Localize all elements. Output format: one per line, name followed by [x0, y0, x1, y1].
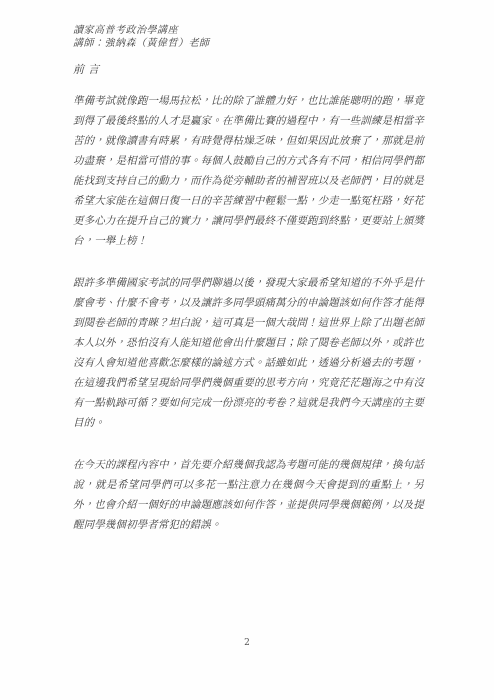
- document-header: 讀家高普考政治學講座 講師：強納森（黃偉哲）老師: [73, 24, 424, 50]
- page-number: 2: [0, 638, 494, 648]
- paragraph: 準備考試就像跑一場馬拉松，比的除了誰體力好，也比誰能聰明的跑，畢竟到得了最後終點…: [73, 91, 424, 251]
- document-content: 讀家高普考政治學講座 講師：強納森（黃偉哲）老師 前言 準備考試就像跑一場馬拉松…: [73, 24, 424, 535]
- course-title: 讀家高普考政治學講座: [73, 24, 424, 37]
- paragraph: 在今天的課程內容中，首先要介紹幾個我認為考題可能的幾個規律，換句話說，就是希望同…: [73, 455, 424, 535]
- paragraph: 跟許多準備國家考試的同學們聊過以後，發現大家最希望知道的不外乎是什麼會考、什麼不…: [73, 273, 424, 433]
- section-heading-foreword: 前言: [73, 63, 424, 76]
- lecturer-line: 講師：強納森（黃偉哲）老師: [73, 37, 424, 50]
- document-page: 讀家高普考政治學講座 講師：強納森（黃偉哲）老師 前言 準備考試就像跑一場馬拉松…: [0, 0, 494, 700]
